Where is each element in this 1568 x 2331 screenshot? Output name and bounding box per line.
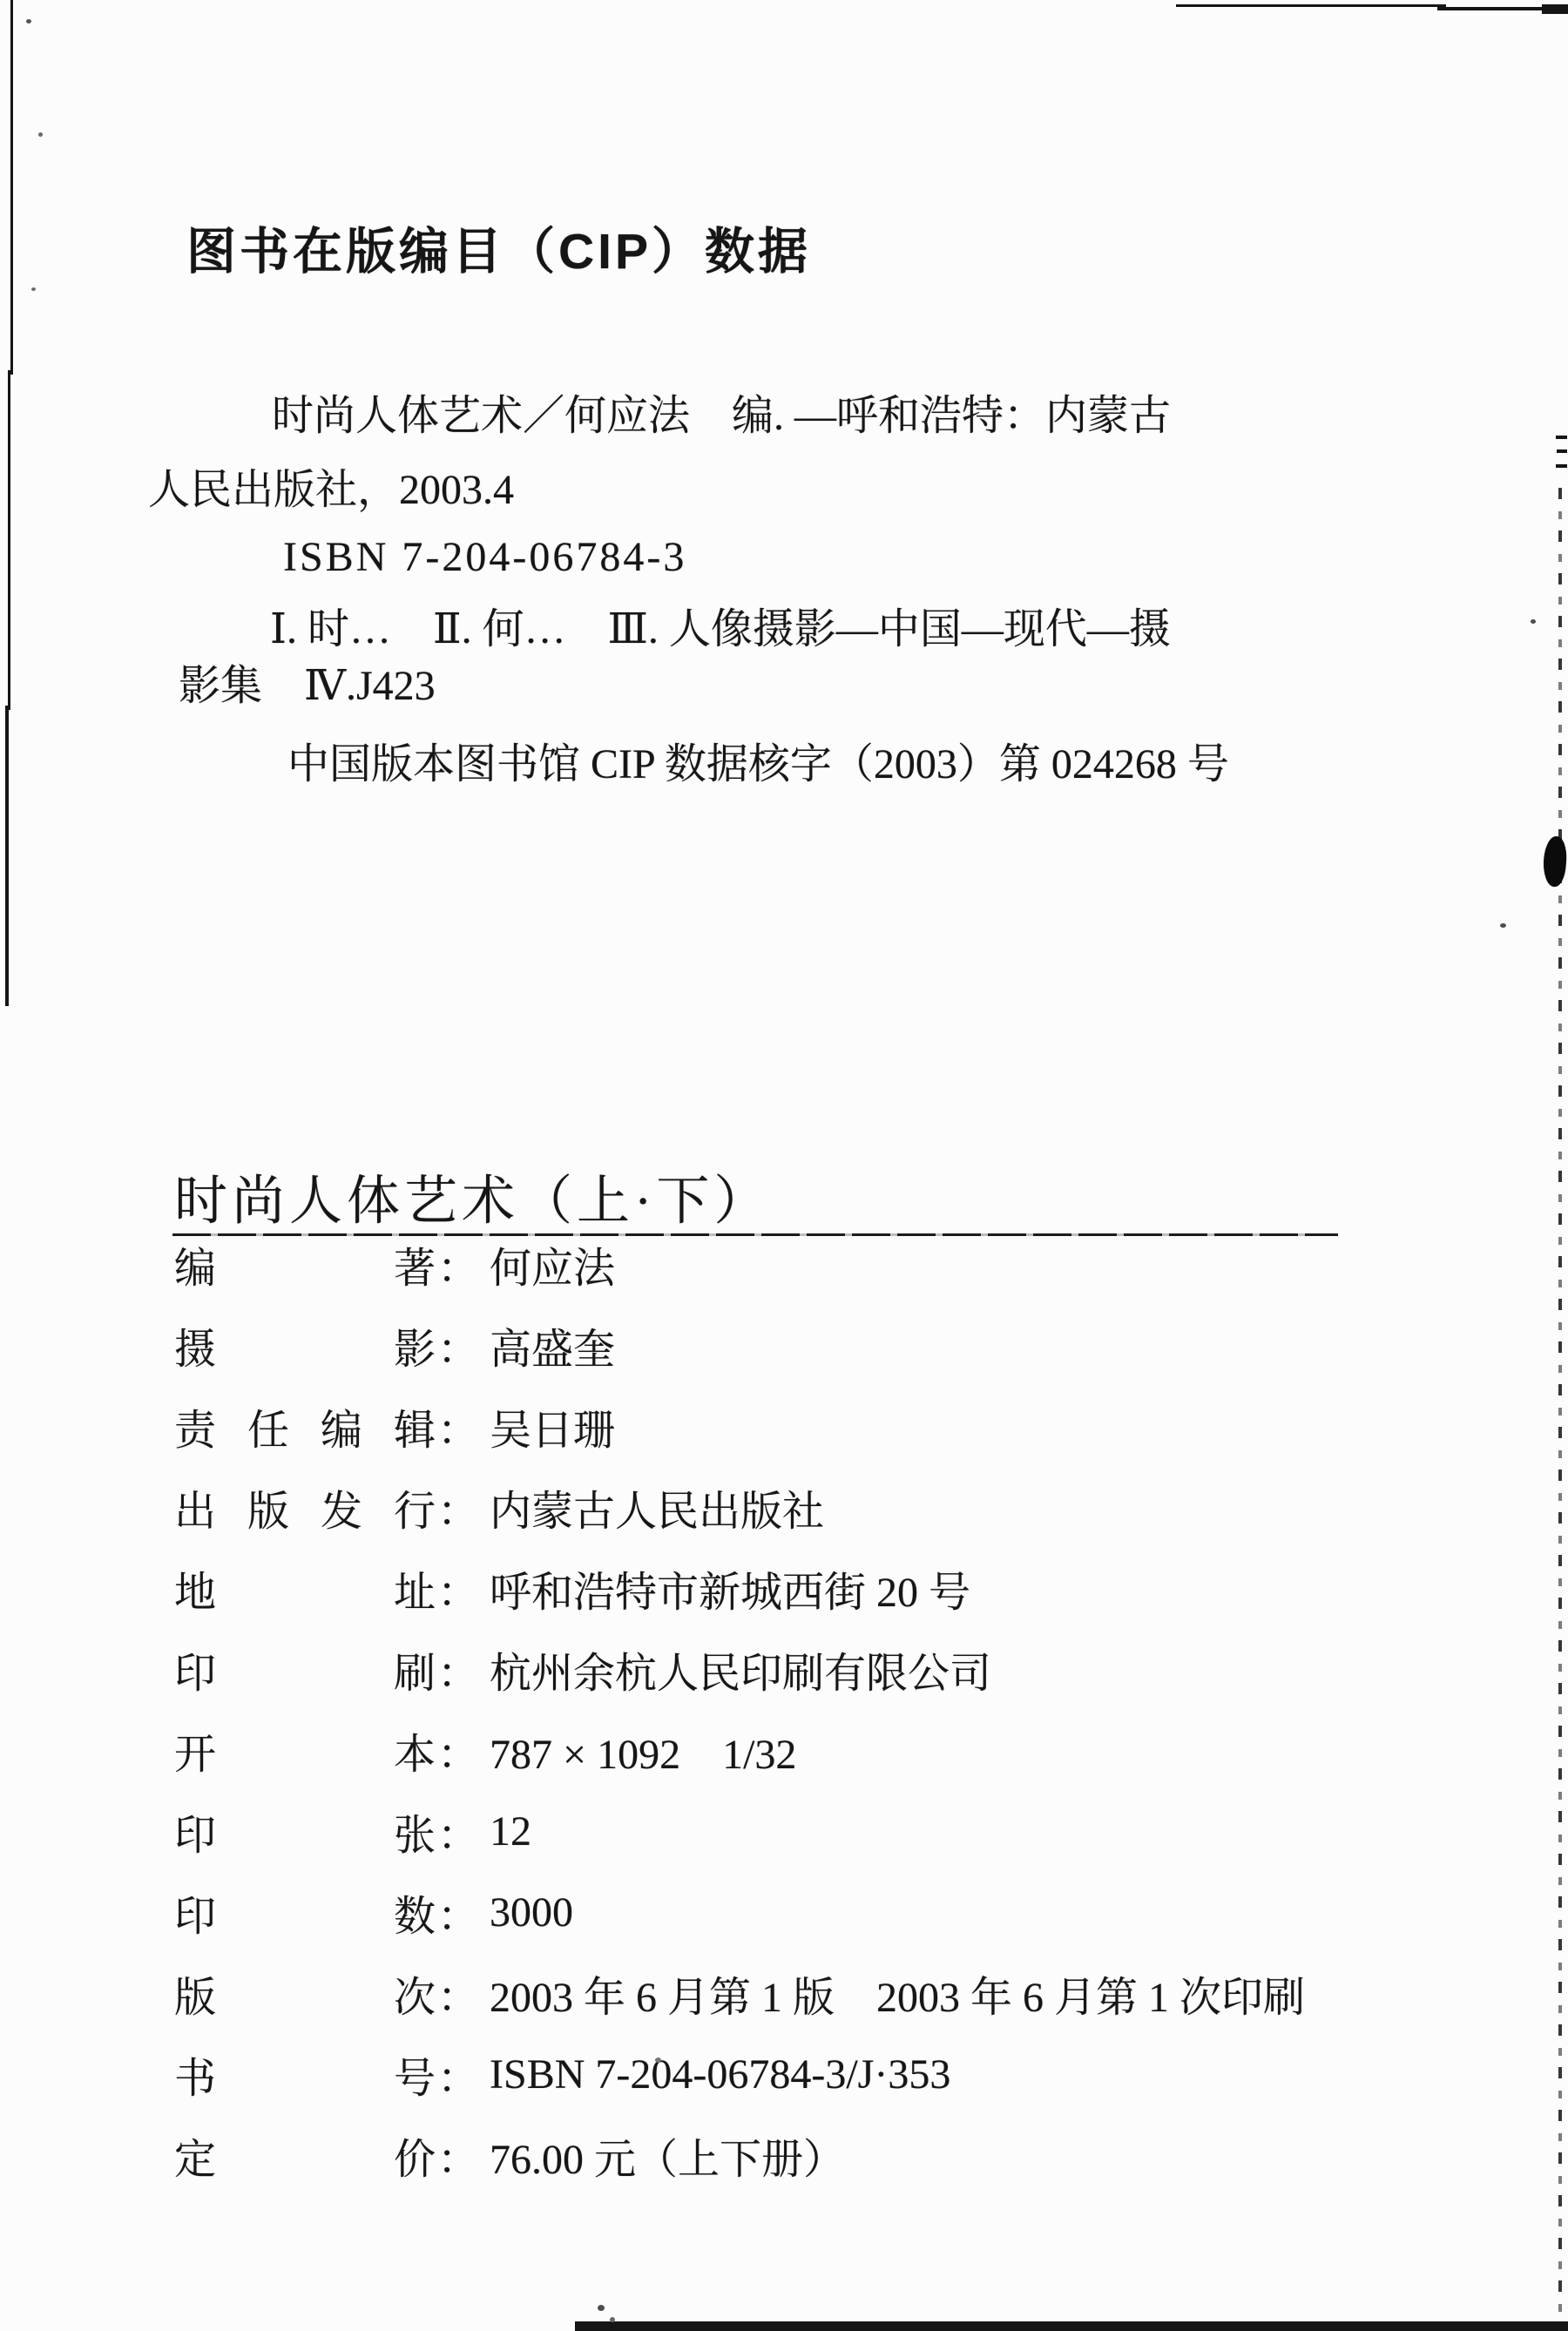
left-edge-scan-line xyxy=(8,370,10,710)
colophon-row-label: 定价 xyxy=(174,2125,436,2186)
right-edge-ink-blob xyxy=(1542,835,1568,888)
cip-classification-line-2: 影集 Ⅳ.J423 xyxy=(179,664,436,710)
colophon-row-printer: 印刷：杭州余杭人民印刷有限公司 xyxy=(174,1629,1305,1710)
colophon-row-value: 何应法 xyxy=(490,1234,615,1294)
colophon-row-address: 地址：呼和浩特市新城西街 20 号 xyxy=(174,1548,1305,1629)
colophon-row-value: 呼和浩特市新城西街 20 号 xyxy=(490,1558,970,1618)
top-edge-scan-line xyxy=(1176,4,1446,7)
ink-speck xyxy=(26,19,31,24)
ink-speck xyxy=(598,2305,605,2311)
top-edge-ink-blob xyxy=(1542,4,1568,14)
colophon-row-colon: ： xyxy=(437,1963,479,2024)
colophon-row-value: ISBN 7-204-06784-3/J·353 xyxy=(490,2051,950,2098)
colophon-row-format: 开本：787 × 1092 1/32 xyxy=(174,1710,1305,1791)
colophon-row-value: 2003 年 6 月第 1 版 2003 年 6 月第 1 次印刷 xyxy=(490,1963,1305,2024)
right-edge-scan-noise-line xyxy=(1558,488,1562,2331)
colophon-row-colon: ： xyxy=(437,2125,479,2186)
colophon-row-colon: ： xyxy=(437,1396,479,1456)
colophon-row-editor: 编著：何应法 xyxy=(174,1224,1305,1305)
colophon-row-colon: ： xyxy=(437,1639,479,1699)
ink-speck xyxy=(610,2317,615,2322)
colophon-row-label: 编著 xyxy=(174,1234,436,1294)
colophon-row-colon: ： xyxy=(437,1720,479,1780)
colophon-row-price: 定价：76.00 元（上下册） xyxy=(174,2115,1305,2196)
colophon-row-sheets: 印张：12 xyxy=(174,1791,1305,1872)
right-edge-scan-dash xyxy=(1556,436,1567,439)
colophon-row-responsible-editor: 责任编辑：吴日珊 xyxy=(174,1386,1305,1467)
cip-record-line-2: 人民出版社，2003.4 xyxy=(148,468,514,514)
colophon-row-label: 摄影 xyxy=(174,1315,436,1375)
colophon-row-colon: ： xyxy=(437,1234,479,1294)
colophon-row-value: 12 xyxy=(490,1807,531,1855)
colophon-row-label: 出版发行 xyxy=(174,1477,436,1537)
colophon-list: 编著：何应法 摄影：高盛奎 责任编辑：吴日珊 出版发行：内蒙古人民出版社 地址：… xyxy=(174,1224,1305,2196)
colophon-row-label: 版次 xyxy=(174,1963,436,2024)
colophon-row-value: 吴日珊 xyxy=(490,1396,615,1456)
book-copyright-page: 图书在版编目（CIP）数据 时尚人体艺术／何应法 编. —呼和浩特：内蒙古 人民… xyxy=(0,0,1568,2331)
left-edge-scan-line xyxy=(5,706,9,1006)
colophon-row-value: 内蒙古人民出版社 xyxy=(490,1477,824,1537)
colophon-row-value: 杭州余杭人民印刷有限公司 xyxy=(490,1639,991,1699)
ink-speck xyxy=(31,287,36,291)
colophon-row-label: 责任编辑 xyxy=(174,1396,436,1456)
colophon-row-label: 印刷 xyxy=(174,1639,436,1699)
cip-header-title: 图书在版编目（CIP）数据 xyxy=(186,225,811,280)
colophon-row-value: 787 × 1092 1/32 xyxy=(490,1720,796,1780)
colophon-row-label: 书号 xyxy=(174,2044,436,2105)
colophon-row-value: 76.00 元（上下册） xyxy=(490,2125,845,2186)
colophon-row-photographer: 摄影：高盛奎 xyxy=(174,1305,1305,1386)
colophon-row-label: 地址 xyxy=(174,1558,436,1618)
ink-speck xyxy=(38,132,43,137)
colophon-row-publisher: 出版发行：内蒙古人民出版社 xyxy=(174,1467,1305,1548)
colophon-row-colon: ： xyxy=(437,2044,479,2105)
colophon-row-book-number: 书号：ISBN 7-204-06784-3/J·353 xyxy=(174,2034,1305,2115)
left-edge-scan-line xyxy=(10,0,13,375)
colophon-row-label: 印张 xyxy=(174,1801,436,1861)
cip-isbn-line: ISBN 7-204-06784-3 xyxy=(283,535,686,581)
ink-speck xyxy=(1500,923,1506,928)
colophon-row-colon: ： xyxy=(437,1477,479,1537)
colophon-row-colon: ： xyxy=(437,1801,479,1861)
ink-speck xyxy=(655,2057,661,2063)
colophon-row-label: 开本 xyxy=(174,1720,436,1780)
right-edge-scan-dash xyxy=(1557,449,1567,453)
ink-speck xyxy=(1531,619,1536,624)
colophon-row-colon: ： xyxy=(437,1315,479,1375)
colophon-row-colon: ： xyxy=(437,1882,479,1942)
colophon-row-print-run: 印数：3000 xyxy=(174,1872,1305,1953)
book-title: 时尚人体艺术（上·下） xyxy=(174,1159,771,1234)
bottom-edge-scan-bar xyxy=(575,2321,1568,2331)
colophon-row-edition: 版次：2003 年 6 月第 1 版 2003 年 6 月第 1 次印刷 xyxy=(174,1953,1305,2034)
cip-record-line-1: 时尚人体艺术／何应法 编. —呼和浩特：内蒙古 xyxy=(272,394,1171,440)
colophon-row-label: 印数 xyxy=(174,1882,436,1942)
right-edge-scan-dash xyxy=(1556,464,1567,468)
colophon-row-value: 高盛奎 xyxy=(490,1315,615,1375)
cip-classification-line-1: Ⅰ. 时… Ⅱ. 何… Ⅲ. 人像摄影—中国—现代—摄 xyxy=(270,607,1171,653)
colophon-row-value: 3000 xyxy=(490,1888,573,1936)
cip-registry-number-line: 中国版本图书馆 CIP 数据核字（2003）第 024268 号 xyxy=(287,742,1229,788)
colophon-row-colon: ： xyxy=(437,1558,479,1618)
